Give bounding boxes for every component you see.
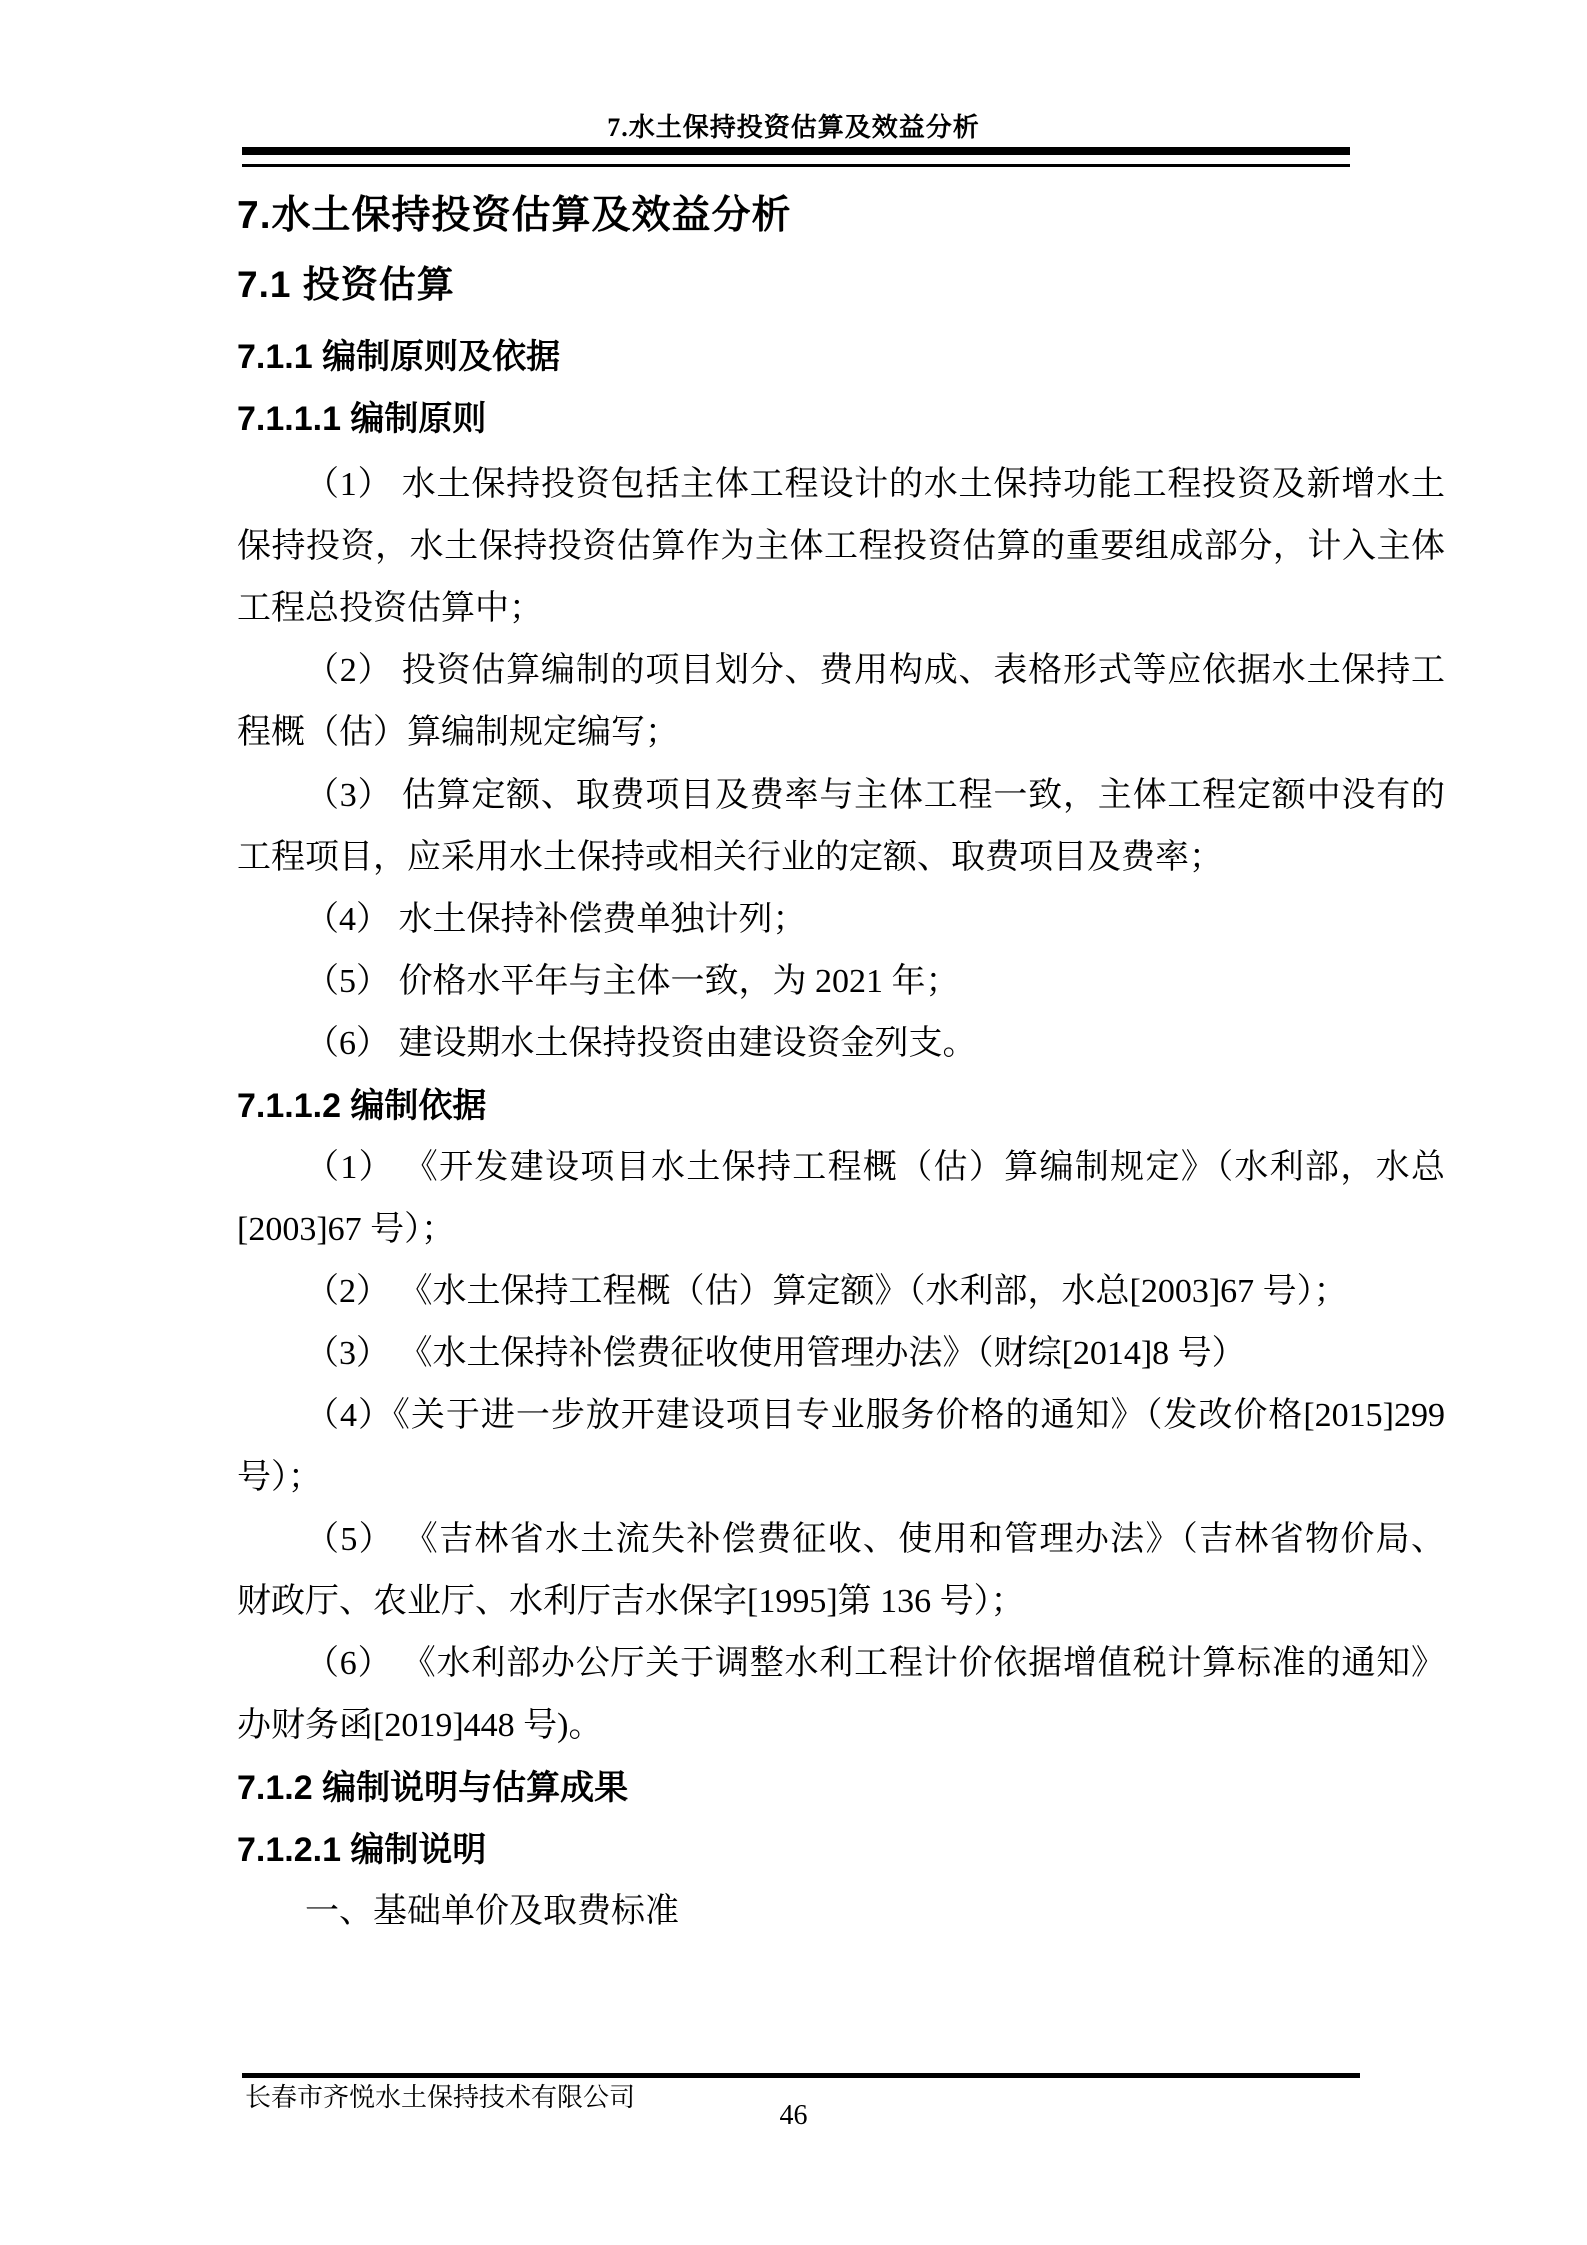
paragraph-line: （1） 《开发建设项目水土保持工程概（估）算编制规定》（水利部，水总 — [237, 1137, 1445, 1199]
paragraph-line: 工程总投资估算中； — [237, 578, 1445, 640]
paragraph-principle-4: （4） 水土保持补偿费单独计列； — [237, 889, 1445, 951]
section-7-1-title: 7.1 投资估算 — [237, 254, 1445, 316]
paragraph-line: 办财务函[2019]448 号)。 — [237, 1695, 1445, 1757]
paragraph-line: 程概（估）算编制规定编写； — [237, 702, 1445, 764]
paragraph-line: 财政厅、农业厅、水利厅吉水保字[1995]第 136 号）； — [237, 1571, 1445, 1633]
paragraph-principle-3: （3） 估算定额、取费项目及费率与主体工程一致，主体工程定额中没有的 工程项目，… — [237, 765, 1445, 889]
paragraph-line: 工程项目，应采用水土保持或相关行业的定额、取费项目及费率； — [237, 827, 1445, 889]
paragraph-line: （6） 《水利部办公厅关于调整水利工程计价依据增值税计算标准的通知》 — [237, 1633, 1445, 1695]
header-rule-thin — [242, 164, 1350, 167]
paragraph-line: （4）《关于进一步放开建设项目专业服务价格的通知》（发改价格[2015]299 — [237, 1385, 1445, 1447]
paragraph-line: （5） 《吉林省水土流失补偿费征收、使用和管理办法》（吉林省物价局、 — [237, 1509, 1445, 1571]
paragraph-line: （5） 价格水平年与主体一致，为 2021 年； — [237, 951, 1445, 1013]
paragraph-reference-1: （1） 《开发建设项目水土保持工程概（估）算编制规定》（水利部，水总 [2003… — [237, 1137, 1445, 1261]
paragraph-line: （6） 建设期水土保持投资由建设资金列支。 — [237, 1013, 1445, 1075]
section-7-1-1-2-title: 7.1.1.2 编制依据 — [237, 1075, 1445, 1137]
section-7-1-1-1-title: 7.1.1.1 编制原则 — [237, 388, 1445, 450]
paragraph-line: （3） 《水土保持补偿费征收使用管理办法》（财综[2014]8 号） — [237, 1323, 1445, 1385]
paragraph-reference-6: （6） 《水利部办公厅关于调整水利工程计价依据增值税计算标准的通知》 办财务函[… — [237, 1633, 1445, 1757]
paragraph-reference-4: （4）《关于进一步放开建设项目专业服务价格的通知》（发改价格[2015]299 … — [237, 1385, 1445, 1509]
chapter-title: 7.水土保持投资估算及效益分析 — [237, 185, 1445, 247]
paragraph-line: 一、基础单价及取费标准 — [237, 1881, 1445, 1943]
paragraph-list-item-1: 一、基础单价及取费标准 — [237, 1881, 1445, 1943]
section-7-1-1-title: 7.1.1 编制原则及依据 — [237, 326, 1445, 388]
document-page: 7.水土保持投资估算及效益分析 7.水土保持投资估算及效益分析 7.1 投资估算… — [0, 0, 1587, 2245]
paragraph-reference-2: （2） 《水土保持工程概（估）算定额》（水利部，水总[2003]67 号）； — [237, 1261, 1445, 1323]
paragraph-line: （2） 投资估算编制的项目划分、费用构成、表格形式等应依据水土保持工 — [237, 640, 1445, 702]
paragraph-line: （4） 水土保持补偿费单独计列； — [237, 889, 1445, 951]
footer-rule — [242, 2073, 1360, 2078]
section-7-1-2-title: 7.1.2 编制说明与估算成果 — [237, 1757, 1445, 1819]
paragraph-principle-1: （1） 水土保持投资包括主体工程设计的水土保持功能工程投资及新增水土 保持投资，… — [237, 454, 1445, 640]
paragraph-line: （2） 《水土保持工程概（估）算定额》（水利部，水总[2003]67 号）； — [237, 1261, 1445, 1323]
paragraph-reference-5: （5） 《吉林省水土流失补偿费征收、使用和管理办法》（吉林省物价局、 财政厅、农… — [237, 1509, 1445, 1633]
paragraph-principle-6: （6） 建设期水土保持投资由建设资金列支。 — [237, 1013, 1445, 1075]
paragraph-line: 号）； — [237, 1447, 1445, 1509]
section-7-1-2-1-title: 7.1.2.1 编制说明 — [237, 1819, 1445, 1881]
paragraph-line: [2003]67 号）； — [237, 1199, 1445, 1261]
header-rule-thick — [242, 147, 1350, 155]
paragraph-reference-3: （3） 《水土保持补偿费征收使用管理办法》（财综[2014]8 号） — [237, 1323, 1445, 1385]
paragraph-principle-5: （5） 价格水平年与主体一致，为 2021 年； — [237, 951, 1445, 1013]
paragraph-line: 保持投资，水土保持投资估算作为主体工程投资估算的重要组成部分，计入主体 — [237, 516, 1445, 578]
paragraph-line: （1） 水土保持投资包括主体工程设计的水土保持功能工程投资及新增水土 — [237, 454, 1445, 516]
paragraph-principle-2: （2） 投资估算编制的项目划分、费用构成、表格形式等应依据水土保持工 程概（估）… — [237, 640, 1445, 764]
footer-page-number: 46 — [0, 2098, 1587, 2134]
paragraph-line: （3） 估算定额、取费项目及费率与主体工程一致，主体工程定额中没有的 — [237, 765, 1445, 827]
